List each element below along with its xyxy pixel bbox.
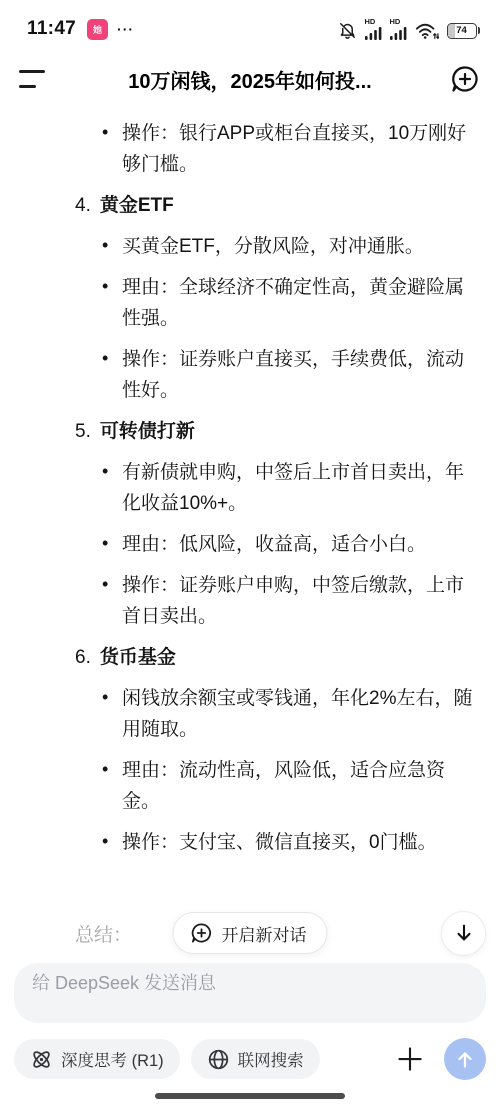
globe-icon bbox=[207, 1048, 230, 1071]
section-bullets: 有新债就申购，中签后上市首日卖出，年化收益10%+。理由：低风险，收益高，适合小… bbox=[75, 457, 474, 632]
section-title: 黄金ETF bbox=[100, 195, 174, 216]
home-indicator-area bbox=[0, 1079, 500, 1113]
section-heading: 4.黄金ETF bbox=[75, 190, 474, 221]
bullet-item: 操作：支付宝、微信直接买，0门槛。 bbox=[122, 827, 474, 858]
bullet-item: 理由：全球经济不确定性高，黄金避险属性强。 bbox=[122, 272, 474, 334]
web-search-toggle[interactable]: 联网搜索 bbox=[191, 1039, 320, 1079]
section-title: 可转债打新 bbox=[100, 421, 195, 442]
attach-button[interactable] bbox=[393, 1042, 427, 1076]
section-number: 6. bbox=[75, 647, 91, 668]
bullet-item: 操作：证券账户申购，中签后缴款，上市首日卖出。 bbox=[122, 570, 474, 632]
assistant-message: 操作：银行APP或柜台直接买，10万刚好够门槛。 4.黄金ETF 买黄金ETF，… bbox=[0, 110, 500, 905]
deep-think-toggle[interactable]: 深度思考 (R1) bbox=[14, 1039, 180, 1079]
cellular-signal-sim1-icon: HD bbox=[365, 18, 382, 40]
sidebar-menu-button[interactable] bbox=[19, 66, 53, 91]
home-indicator[interactable] bbox=[155, 1093, 345, 1099]
list-section: 4.黄金ETF 买黄金ETF，分散风险，对冲通胀。理由：全球经济不确定性高，黄金… bbox=[75, 190, 474, 406]
arrow-down-icon bbox=[453, 922, 475, 944]
new-chat-button[interactable] bbox=[447, 63, 481, 95]
floating-action-row: 总结： 开启新对话 bbox=[0, 905, 500, 961]
composer-toolbar: 深度思考 (R1) 联网搜索 bbox=[14, 1039, 486, 1079]
start-new-conversation-button[interactable]: 开启新对话 bbox=[173, 912, 328, 954]
bullet-item: 操作：银行APP或柜台直接买，10万刚好够门槛。 bbox=[122, 118, 474, 180]
ellipsis-icon: ··· bbox=[117, 21, 134, 37]
bullet-item: 理由：流动性高，风险低，适合应急资金。 bbox=[122, 755, 474, 817]
conversation-title: 10万闲钱，2025年如何投... bbox=[53, 65, 447, 94]
list-section: 6.货币基金 闲钱放余额宝或零钱通，年化2%左右，随用随取。理由：流动性高，风险… bbox=[75, 642, 474, 858]
notification-app-badge: 她 bbox=[87, 19, 108, 40]
section-bullets: 买黄金ETF，分散风险，对冲通胀。理由：全球经济不确定性高，黄金避险属性强。操作… bbox=[75, 231, 474, 406]
menu-icon bbox=[19, 70, 45, 73]
battery-fill bbox=[448, 24, 455, 38]
send-button[interactable] bbox=[444, 1038, 486, 1080]
section-heading: 6.货币基金 bbox=[75, 642, 474, 673]
message-input[interactable] bbox=[32, 973, 468, 994]
bullet-item: 闲钱放余额宝或零钱通，年化2%左右，随用随取。 bbox=[122, 683, 474, 745]
leading-bullets: 操作：银行APP或柜台直接买，10万刚好够门槛。 bbox=[75, 118, 474, 180]
message-input-container bbox=[14, 963, 486, 1023]
chat-plus-icon bbox=[449, 63, 481, 95]
plus-icon bbox=[395, 1044, 425, 1074]
bullet-item: 操作：证券账户直接买，手续费低，流动性好。 bbox=[122, 344, 474, 406]
composer-actions bbox=[393, 1038, 486, 1080]
bullet-item: 买黄金ETF，分散风险，对冲通胀。 bbox=[122, 231, 474, 262]
bullet-item: 有新债就申购，中签后上市首日卖出，年化收益10%+。 bbox=[122, 457, 474, 519]
scroll-to-bottom-button[interactable] bbox=[441, 911, 486, 956]
section-number: 5. bbox=[75, 421, 91, 442]
app-header: 10万闲钱，2025年如何投... bbox=[0, 48, 500, 110]
wifi-icon bbox=[415, 21, 439, 40]
bullet-item: 理由：低风险，收益高，适合小白。 bbox=[122, 529, 474, 560]
arrow-up-icon bbox=[454, 1048, 476, 1070]
section-heading: 5.可转债打新 bbox=[75, 416, 474, 447]
clock: 11:47 bbox=[27, 18, 76, 40]
section-number: 4. bbox=[75, 195, 91, 216]
section-bullets: 闲钱放余额宝或零钱通，年化2%左右，随用随取。理由：流动性高，风险低，适合应急资… bbox=[75, 683, 474, 858]
status-bar: 11:47 她 ··· HD HD bbox=[0, 0, 500, 48]
sections: 4.黄金ETF 买黄金ETF，分散风险，对冲通胀。理由：全球经济不确定性高，黄金… bbox=[75, 190, 474, 858]
chat-plus-icon bbox=[190, 921, 214, 945]
streaming-text: 总结： bbox=[75, 920, 132, 947]
list-section: 5.可转债打新 有新债就申购，中签后上市首日卖出，年化收益10%+。理由：低风险… bbox=[75, 416, 474, 632]
status-icons: HD HD bbox=[338, 18, 481, 40]
atom-icon bbox=[30, 1048, 53, 1071]
battery-icon: 74 bbox=[447, 23, 481, 39]
cellular-signal-sim2-icon: HD bbox=[390, 18, 407, 40]
bell-muted-icon bbox=[338, 21, 357, 40]
battery-percent: 74 bbox=[456, 25, 467, 36]
section-title: 货币基金 bbox=[100, 647, 176, 668]
